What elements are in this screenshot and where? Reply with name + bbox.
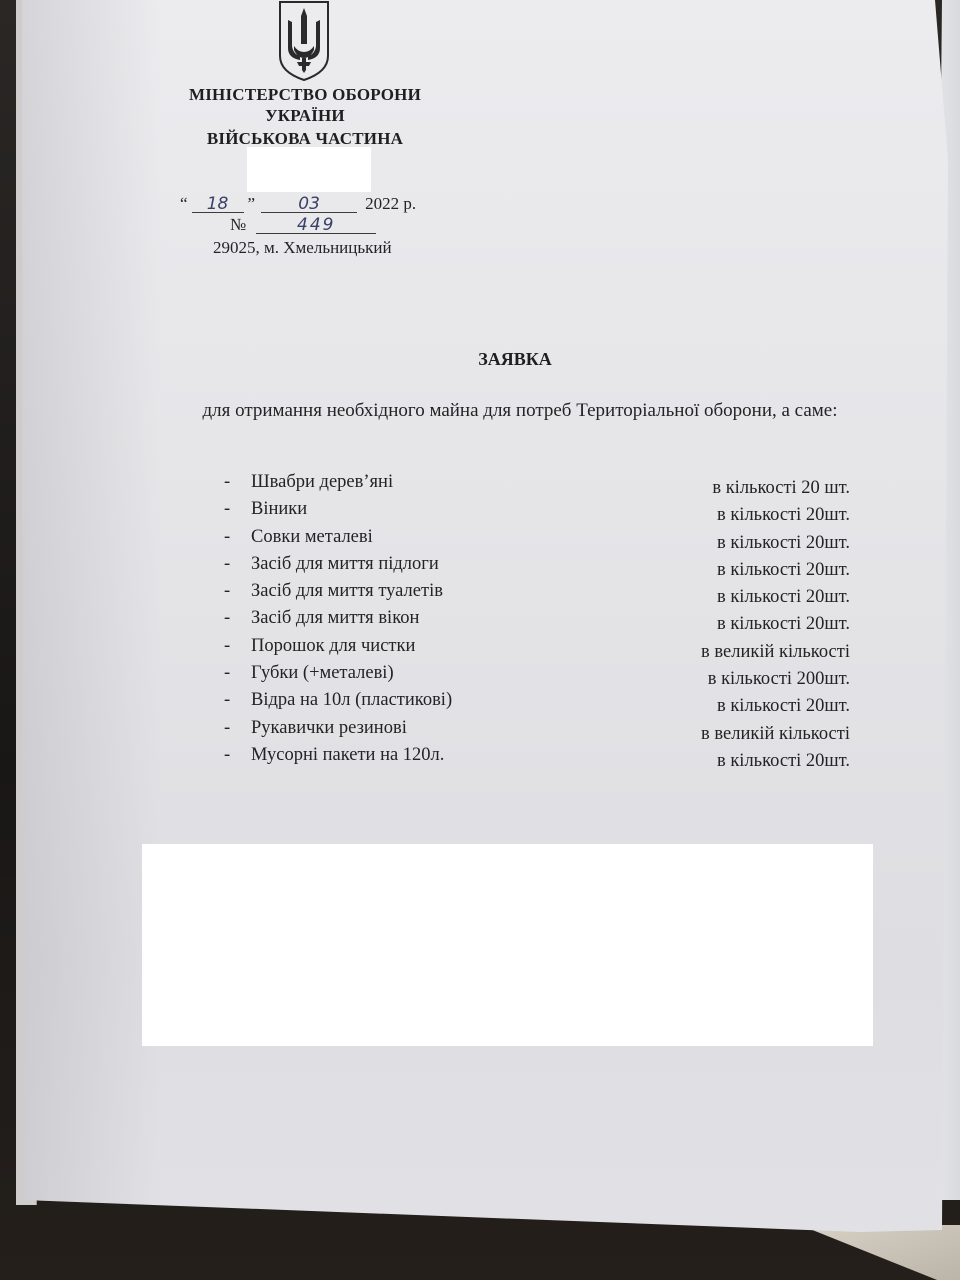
item-quantity: в кількості 20шт. xyxy=(717,587,850,608)
document-page: МІНІСТЕРСТВО ОБОРОНИ УКРАЇНИ ВІЙСЬКОВА Ч… xyxy=(0,0,960,1280)
item-name: Засіб для миття вікон xyxy=(251,608,419,629)
organization-line-1: МІНІСТЕРСТВО ОБОРОНИ xyxy=(160,85,450,105)
item-quantity: в кількості 20 шт. xyxy=(712,478,850,499)
page-shadow xyxy=(22,0,162,1210)
trident-emblem-icon xyxy=(276,0,332,82)
number-label: № xyxy=(230,215,246,234)
list-item: - Засіб для миття вікон в кількості 20шт… xyxy=(222,606,862,633)
list-item: - Рукавички резинові в великій кількості xyxy=(222,716,862,743)
item-bullet: - xyxy=(224,636,230,657)
item-bullet: - xyxy=(224,472,230,493)
date-year: 2022 р. xyxy=(365,194,416,213)
list-item: - Губки (+металеві) в кількості 200шт. xyxy=(222,661,862,688)
item-name: Відра на 10л (пластикові) xyxy=(251,690,452,711)
item-quantity: в великій кількості xyxy=(701,724,850,745)
items-list: - Швабри дерев’яні в кількості 20 шт. - … xyxy=(222,470,862,770)
item-name: Рукавички резинові xyxy=(251,718,407,739)
item-name: Порошок для чистки xyxy=(251,636,415,657)
item-name: Засіб для миття туалетів xyxy=(251,581,443,602)
item-bullet: - xyxy=(224,745,230,766)
list-item: - Совки металеві в кількості 20шт. xyxy=(222,525,862,552)
item-name: Губки (+металеві) xyxy=(251,663,394,684)
date-month-handwritten: 03 xyxy=(261,196,357,213)
organization-line-3: ВІЙСЬКОВА ЧАСТИНА xyxy=(160,129,450,149)
item-quantity: в кількості 20шт. xyxy=(717,696,850,717)
address-city: 29025, м. Хмельницький xyxy=(213,238,392,258)
date-open-quote: “ xyxy=(180,194,188,213)
item-quantity: в кількості 20шт. xyxy=(717,751,850,772)
item-bullet: - xyxy=(224,663,230,684)
list-item: - Віники в кількості 20шт. xyxy=(222,497,862,524)
date-close-quote: ” xyxy=(248,194,256,213)
item-bullet: - xyxy=(224,527,230,548)
list-item: - Швабри дерев’яні в кількості 20 шт. xyxy=(222,470,862,497)
item-quantity: в кількості 20шт. xyxy=(717,505,850,526)
list-item: - Засіб для миття підлоги в кількості 20… xyxy=(222,552,862,579)
date-day-handwritten: 18 xyxy=(192,196,244,213)
document-number-line: №449 xyxy=(230,215,376,235)
unit-number-redaction xyxy=(247,147,371,192)
item-bullet: - xyxy=(224,608,230,629)
item-bullet: - xyxy=(224,499,230,520)
organization-line-2: УКРАЇНИ xyxy=(160,106,450,126)
item-name: Швабри дерев’яні xyxy=(251,472,393,493)
item-bullet: - xyxy=(224,690,230,711)
item-quantity: в кількості 20шт. xyxy=(717,560,850,581)
item-quantity: в великій кількості xyxy=(701,642,850,663)
item-name: Мусорні пакети на 120л. xyxy=(251,745,444,766)
item-quantity: в кількості 200шт. xyxy=(708,669,850,690)
list-item: - Порошок для чистки в великій кількості xyxy=(222,634,862,661)
signature-block-redaction xyxy=(142,844,873,1046)
list-item: - Мусорні пакети на 120л. в кількості 20… xyxy=(222,743,862,770)
item-name: Совки металеві xyxy=(251,527,373,548)
item-quantity: в кількості 20шт. xyxy=(717,533,850,554)
list-item: - Відра на 10л (пластикові) в кількості … xyxy=(222,688,862,715)
document-title: ЗАЯВКА xyxy=(400,349,630,370)
item-bullet: - xyxy=(224,554,230,575)
item-quantity: в кількості 20шт. xyxy=(717,614,850,635)
item-name: Засіб для миття підлоги xyxy=(251,554,439,575)
item-bullet: - xyxy=(224,718,230,739)
item-bullet: - xyxy=(224,581,230,602)
item-name: Віники xyxy=(251,499,307,520)
list-item: - Засіб для миття туалетів в кількості 2… xyxy=(222,579,862,606)
document-intro: для отримання необхідного майна для потр… xyxy=(190,398,850,424)
number-handwritten: 449 xyxy=(256,217,376,234)
date-line: “18”032022 р. xyxy=(180,194,416,214)
